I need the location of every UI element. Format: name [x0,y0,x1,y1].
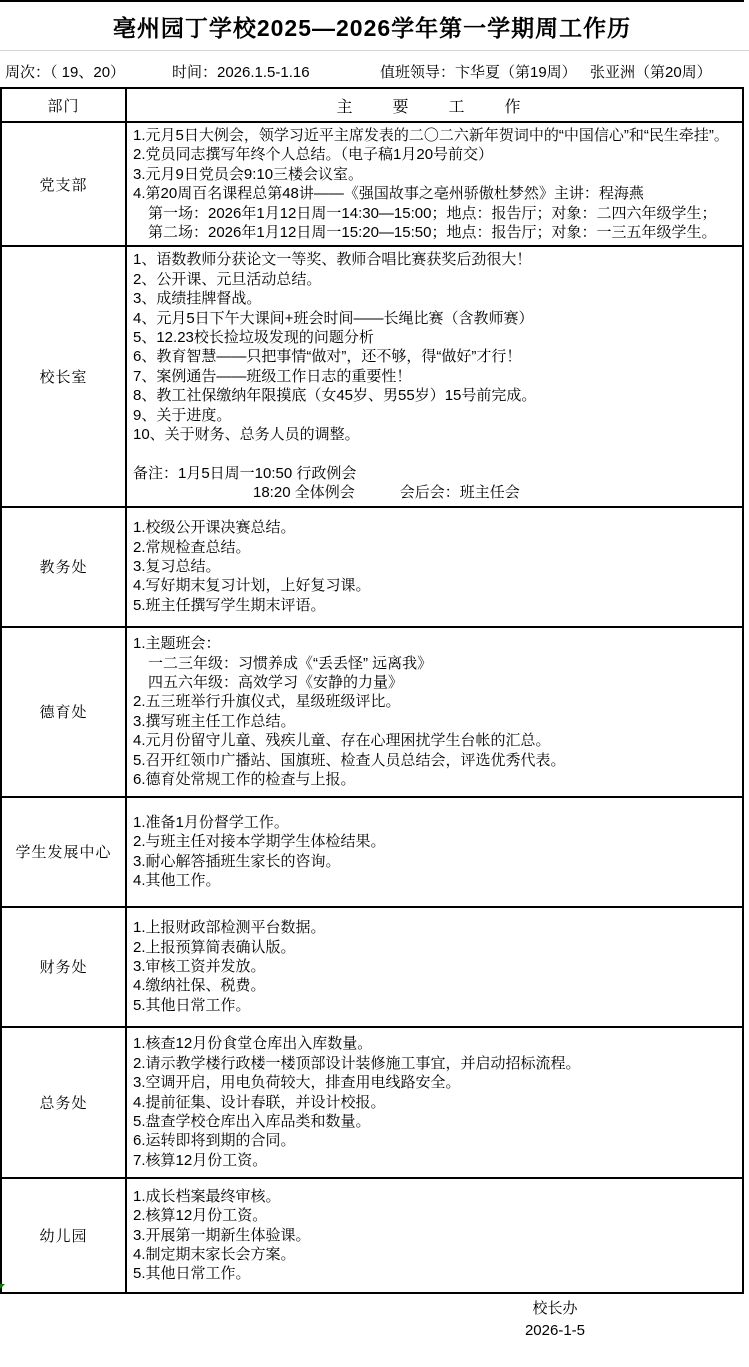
work-lines: 1.核查12月份食堂仓库出入库数量。 2.请示教学楼行政楼一楼顶部设计装修施工事… [133,1034,738,1170]
duty-leader-2-label: 张亚洲（第20周） [590,61,712,82]
dept-cell: 德育处 [1,627,126,797]
table-row: 幼儿园 1.成长档案最终审核。 2.核算12月份工资。 3.开展第一期新生体验课… [1,1178,743,1293]
dept-cell: 教务处 [1,507,126,627]
footer-signature: 校长办 2026-1-5 [430,1298,680,1342]
document-title: 亳州园丁学校2025—2026学年第一学期周工作历 [0,2,744,50]
dept-cell: 学生发展中心 [1,797,126,907]
table-header-dept: 部门 [1,88,126,122]
table-row: 总务处 1.核查12月份食堂仓库出入库数量。 2.请示教学楼行政楼一楼顶部设计装… [1,1027,743,1178]
work-cell: 1.成长档案最终审核。 2.核算12月份工资。 3.开展第一期新生体验课。 4.… [126,1178,743,1293]
dept-cell: 总务处 [1,1027,126,1178]
work-cell: 1.校级公开课决赛总结。 2.常规检查总结。 3.复习总结。 4.写好期末复习计… [126,507,743,627]
table-header-row: 部门 主 要 工 作 [1,88,743,122]
work-lines: 1.元月5日大例会，领学习近平主席发表的二〇二六新年贺词中的“中国信心”和“民生… [133,126,738,242]
duty-leader-label: 值班领导：卞华夏（第19周） [380,61,577,82]
time-label: 时间：2026.1.5-1.16 [172,61,310,82]
document-page: 亳州园丁学校2025—2026学年第一学期周工作历 周次：（ 19、20） 时间… [0,0,749,1367]
work-lines: 1、语数教师分获论文一等奖、教师合唱比赛获奖后劲很大！ 2、公开课、元旦活动总结… [133,250,738,502]
schedule-table: 部门 主 要 工 作 党支部 1.元月5日大例会，领学习近平主席发表的二〇二六新… [0,87,744,1294]
table-row: 教务处 1.校级公开课决赛总结。 2.常规检查总结。 3.复习总结。 4.写好期… [1,507,743,627]
dept-cell: 财务处 [1,907,126,1027]
work-lines: 1.主题班会： 一二三年级：习惯养成《“丢丢怪” 远离我》 四五六年级：高效学习… [133,634,738,789]
dept-cell: 党支部 [1,122,126,246]
week-label: 周次：（ 19、20） [5,61,125,82]
table-row: 党支部 1.元月5日大例会，领学习近平主席发表的二〇二六新年贺词中的“中国信心”… [1,122,743,246]
work-cell: 1.核查12月份食堂仓库出入库数量。 2.请示教学楼行政楼一楼顶部设计装修施工事… [126,1027,743,1178]
footer-office: 校长办 [430,1298,680,1320]
work-lines: 1.上报财政部检测平台数据。 2.上报预算简表确认版。 3.审核工资并发放。 4… [133,918,738,1015]
footer-date: 2026-1-5 [430,1320,680,1342]
table-row: 校长室 1、语数教师分获论文一等奖、教师合唱比赛获奖后劲很大！ 2、公开课、元旦… [1,246,743,506]
work-cell: 1.准备1月份督学工作。 2.与班主任对接本学期学生体检结果。 3.耐心解答插班… [126,797,743,907]
table-row: 德育处 1.主题班会： 一二三年级：习惯养成《“丢丢怪” 远离我》 四五六年级：… [1,627,743,797]
info-bar: 周次：（ 19、20） 时间：2026.1.5-1.16 值班领导：卞华夏（第1… [0,50,749,87]
dept-cell: 幼儿园 [1,1178,126,1293]
work-cell: 1.元月5日大例会，领学习近平主席发表的二〇二六新年贺词中的“中国信心”和“民生… [126,122,743,246]
table-header-work: 主 要 工 作 [126,88,743,122]
work-cell: 1.上报财政部检测平台数据。 2.上报预算简表确认版。 3.审核工资并发放。 4… [126,907,743,1027]
cell-error-marker-icon [0,1284,5,1289]
work-cell: 1.主题班会： 一二三年级：习惯养成《“丢丢怪” 远离我》 四五六年级：高效学习… [126,627,743,797]
work-lines: 1.校级公开课决赛总结。 2.常规检查总结。 3.复习总结。 4.写好期末复习计… [133,518,738,615]
work-lines: 1.准备1月份督学工作。 2.与班主任对接本学期学生体检结果。 3.耐心解答插班… [133,813,738,891]
table-row: 学生发展中心 1.准备1月份督学工作。 2.与班主任对接本学期学生体检结果。 3… [1,797,743,907]
table-row: 财务处 1.上报财政部检测平台数据。 2.上报预算简表确认版。 3.审核工资并发… [1,907,743,1027]
work-cell: 1、语数教师分获论文一等奖、教师合唱比赛获奖后劲很大！ 2、公开课、元旦活动总结… [126,246,743,506]
work-lines: 1.成长档案最终审核。 2.核算12月份工资。 3.开展第一期新生体验课。 4.… [133,1187,738,1284]
dept-cell: 校长室 [1,246,126,506]
